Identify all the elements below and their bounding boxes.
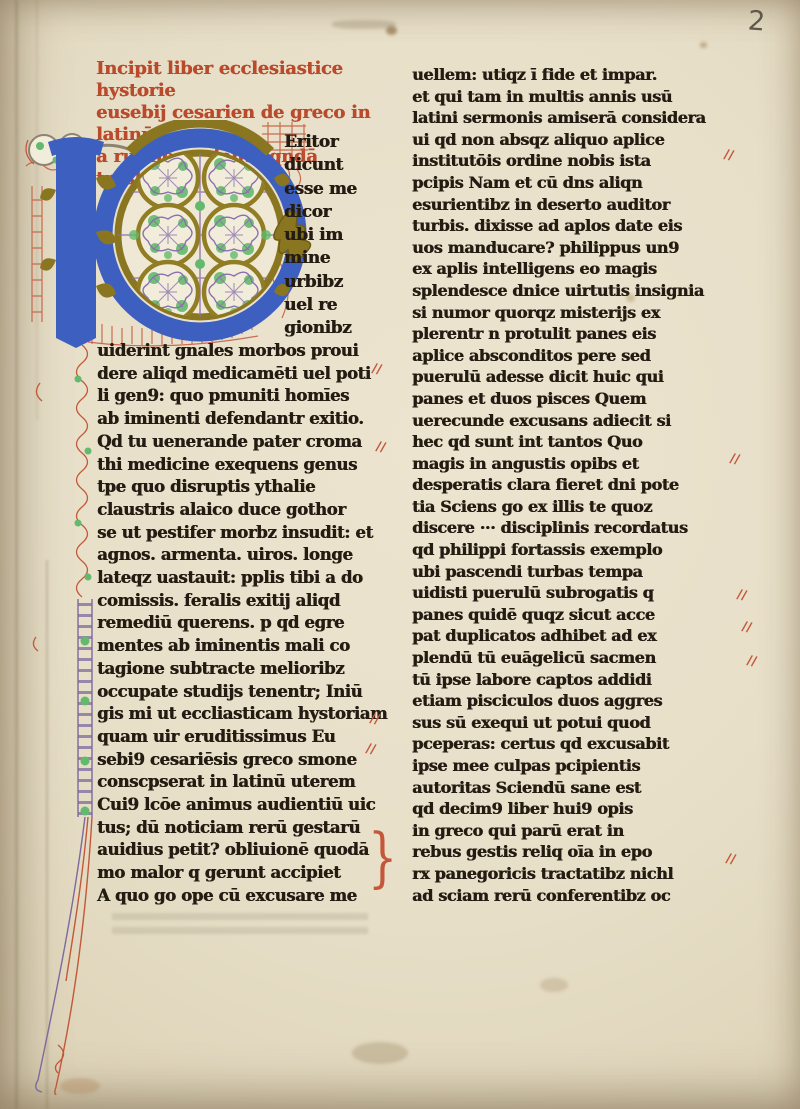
text-line: occupate studijs tenentr; Iniū xyxy=(97,680,399,703)
text-line: aplice absconditos pere sed xyxy=(412,345,717,367)
text-line: esse me xyxy=(284,178,357,201)
column-left: uiderint gnales morbos prouidere aliqd m… xyxy=(97,339,399,907)
text-line: pat duplicatos adhibet ad ex xyxy=(412,625,717,647)
text-line: uel re xyxy=(284,294,357,317)
text-line: panes quidē quqz sicut acce xyxy=(412,604,717,626)
text-line: plerentr n protulit panes eis xyxy=(412,323,717,345)
manuscript-photo: 2 Incipit liber ecclesiastice hystorieeu… xyxy=(0,0,800,1109)
text-line: ipse mee culpas pcipientis xyxy=(412,755,717,777)
text-line: rebus gestis reliq oīa in epo xyxy=(412,841,717,863)
penwork-tails xyxy=(36,817,92,1095)
text-line: desperatis clara fieret dni pote xyxy=(412,474,717,496)
text-line: agnos. armenta. uiros. longe xyxy=(97,543,399,566)
text-line: splendesce dnice uirtutis insignia xyxy=(412,280,717,302)
text-line: uiderint gnales morbos proui xyxy=(97,339,399,362)
text-line: conscpserat in latinū uterem xyxy=(97,770,399,793)
text-line: dicor xyxy=(284,201,357,224)
text-line: li gen9: quo pmuniti homīes xyxy=(97,384,399,407)
text-line: in greco qui parū erat in xyxy=(412,820,717,842)
text-line: uos manducare? philippus un9 xyxy=(412,237,717,259)
text-line: uerecunde excusans adiecit si xyxy=(412,410,717,432)
text-line: tus; dū noticiam rerū gestarū xyxy=(97,816,399,839)
stain xyxy=(540,978,568,992)
text-line: turbis. dixisse ad aplos date eis xyxy=(412,215,717,237)
margin-brace: } xyxy=(368,819,397,895)
stain xyxy=(332,20,396,29)
folio-number: 2 xyxy=(747,5,766,37)
ink-show-through xyxy=(112,913,368,941)
text-line: si numor quorqz misterijs ex xyxy=(412,302,717,324)
text-line: qd philippi fortassis exemplo xyxy=(412,539,717,561)
text-line: plendū tū euāgelicū sacmen xyxy=(412,647,717,669)
stain xyxy=(352,1042,408,1064)
text-line: et qui tam in multis annis usū xyxy=(412,86,717,108)
text-line: rx panegoricis tractatibz nichl xyxy=(412,863,717,885)
margin-mark: // xyxy=(729,451,741,468)
text-line: lateqz uastauit: pplis tibi a do xyxy=(97,566,399,589)
text-line: gis mi ut eccliasticam hystoriam xyxy=(97,702,399,725)
purple-ladder xyxy=(78,599,92,817)
text-line: tū ipse labore captos addidi xyxy=(412,669,717,691)
text-line: claustris alaico duce gothor xyxy=(97,498,399,521)
text-line: discere ··· disciplinis recordatus xyxy=(412,517,717,539)
margin-penwork xyxy=(28,345,108,1095)
text-line: dicunt xyxy=(284,154,357,177)
text-line: tpe quo disruptis ythalie xyxy=(97,475,399,498)
illuminated-initial-P xyxy=(22,120,312,350)
margin-mark: // xyxy=(736,587,748,604)
stain xyxy=(700,42,707,48)
text-line: quam uir eruditissimus Eu xyxy=(97,725,399,748)
text-line: ex aplis intelligens eo magis xyxy=(412,258,717,280)
margin-mark: // xyxy=(723,147,735,164)
text-line: pcipis Nam et cū dns aliqn xyxy=(412,172,717,194)
text-line: ubi pascendi turbas tempa xyxy=(412,561,717,583)
text-line: tagione subtracte melioribz xyxy=(97,657,399,680)
text-line: autoritas Sciendū sane est xyxy=(412,777,717,799)
text-line: esurientibz in deserto auditor xyxy=(412,194,717,216)
column-right: uellem: utiqz ī fide et impar.et qui tam… xyxy=(412,64,717,906)
text-line: auidius petit? obliuionē quodā xyxy=(97,838,399,861)
rubric-line: Incipit liber ecclesiastice hystorie xyxy=(96,58,416,102)
text-line: A quo go ope cū excusare me xyxy=(97,884,399,907)
margin-mark: // xyxy=(741,619,753,636)
text-line: ui qd non absqz aliquo aplice xyxy=(412,129,717,151)
text-line: hec qd sunt int tantos Quo xyxy=(412,431,717,453)
text-line: ubi im xyxy=(284,224,357,247)
manuscript-page: 2 Incipit liber ecclesiastice hystorieeu… xyxy=(0,0,800,1109)
text-line: gionibz xyxy=(284,317,357,340)
margin-mark: // xyxy=(746,653,758,670)
text-line: sebi9 cesariēsis greco smone xyxy=(97,748,399,771)
text-line: puerulū adesse dicit huic qui xyxy=(412,366,717,388)
text-line: mentes ab iminentis mali co xyxy=(97,634,399,657)
text-line: uellem: utiqz ī fide et impar. xyxy=(412,64,717,86)
text-line: etiam pisciculos duos aggres xyxy=(412,690,717,712)
text-line: dere aliqd medicamēti uel poti xyxy=(97,362,399,385)
text-line: ad sciam rerū conferentibz oc xyxy=(412,885,717,907)
margin-mark: // xyxy=(725,851,737,868)
text-line: ab iminenti defendantr exitio. xyxy=(97,407,399,430)
text-line: uidisti puerulū subrogatis q xyxy=(412,582,717,604)
text-line: se ut pestifer morbz insudit: et xyxy=(97,521,399,544)
text-line: tia Sciens go ex illis te quoz xyxy=(412,496,717,518)
text-line: urbibz xyxy=(284,271,357,294)
text-line: panes et duos pisces Quem xyxy=(412,388,717,410)
text-line: remediū querens. p qd egre xyxy=(97,611,399,634)
gutter-crease xyxy=(15,0,18,1109)
text-line: pceperas: certus qd excusabit xyxy=(412,733,717,755)
column-left-short: Eritordicuntesse medicorubi immineurbibz… xyxy=(284,131,357,341)
text-line: sus sū exequi ut potui quod xyxy=(412,712,717,734)
text-line: magis in angustis opibs et xyxy=(412,453,717,475)
text-line: Eritor xyxy=(284,131,357,154)
text-line: comissis. feralis exitij aliqd xyxy=(97,589,399,612)
stain xyxy=(626,294,635,302)
stain xyxy=(60,1078,100,1094)
text-line: mine xyxy=(284,247,357,270)
text-line: qd decim9 liber hui9 opis xyxy=(412,798,717,820)
text-line: Qd tu uenerande pater croma xyxy=(97,430,399,453)
text-line: mo malor q gerunt accipiet xyxy=(97,861,399,884)
text-line: Cui9 lcōe animus audientiū uic xyxy=(97,793,399,816)
text-line: latini sermonis amiserā considera xyxy=(412,107,717,129)
text-line: institutōis ordine nobis ista xyxy=(412,150,717,172)
text-line: thi medicine exequens genus xyxy=(97,453,399,476)
